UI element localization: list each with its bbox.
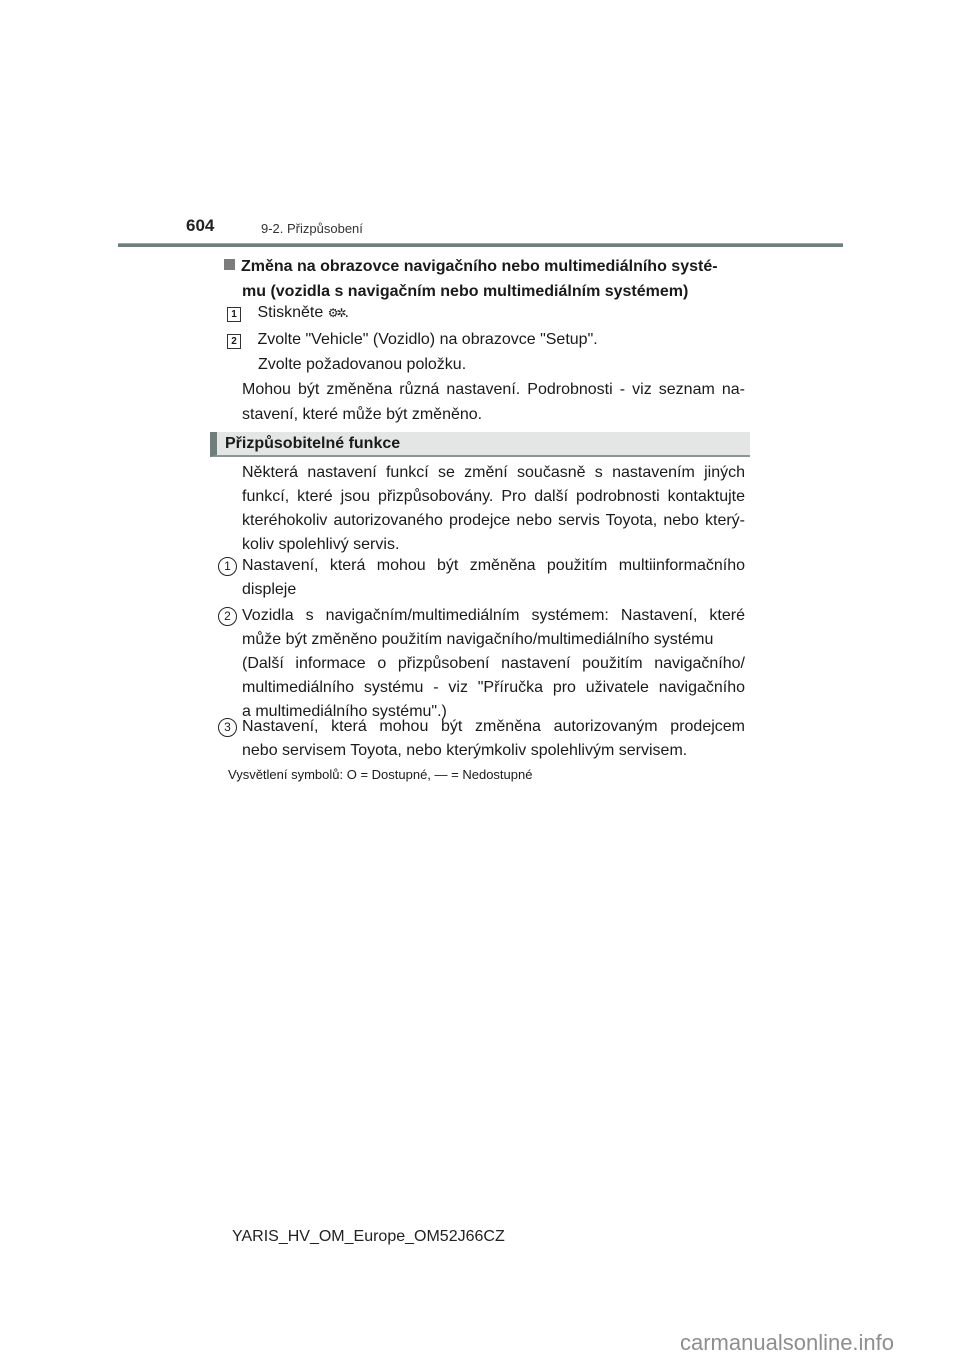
section-reference: 9-2. Přizpůsobení: [261, 221, 363, 236]
circled-number-1: 1: [218, 557, 237, 576]
gear-icon: ⚙✲: [328, 302, 345, 324]
intro-line2: funkcí, které jsou přizpůsobovány. Pro d…: [242, 486, 745, 508]
note-2: 2 Vozidla s navigačním/multimediálním sy…: [218, 605, 745, 723]
note-2-line3: (Další informace o přizpůsobení nastaven…: [242, 653, 745, 675]
note-1-line1: Nastavení, která mohou být změněna použi…: [242, 555, 745, 577]
note-1: 1 Nastavení, která mohou být změněna pou…: [218, 555, 745, 601]
step-2-line1: Zvolte "Vehicle" (Vozidlo) na obrazovce …: [257, 331, 597, 348]
subsection-title-line1: Změna na obrazovce navigačního nebo mult…: [241, 258, 718, 275]
step-1: 1 Stiskněte ⚙✲.: [227, 302, 349, 324]
note-2-line2: může být změněno použitím navigačního/mu…: [242, 629, 745, 651]
square-bullet-icon: [224, 259, 235, 270]
paragraph-line2: stavení, které může být změněno.: [242, 404, 745, 426]
page-number: 604: [186, 216, 214, 236]
note-3-line1: Nastavení, která mohou být změněna autor…: [242, 716, 745, 738]
note-1-line2: displeje: [242, 579, 745, 601]
subsection-paragraph: Mohou být změněna různá nastavení. Podro…: [242, 379, 745, 426]
step-2: 2 Zvolte "Vehicle" (Vozidlo) na obrazovc…: [227, 329, 598, 376]
paragraph-line1: Mohou být změněna různá nastavení. Podro…: [242, 379, 745, 401]
note-3: 3 Nastavení, která mohou být změněna aut…: [218, 716, 745, 762]
step-number-badge: 2: [227, 334, 241, 349]
note-2-line1: Vozidla s navigačním/multimediálním syst…: [242, 605, 745, 627]
note-3-line2: nebo servisem Toyota, nebo kterýmkoliv s…: [242, 740, 745, 762]
step-number-badge: 1: [227, 307, 241, 322]
step-1-text: Stiskněte: [257, 304, 323, 321]
watermark-link[interactable]: carmanualsonline.info: [680, 1330, 894, 1356]
step-1-period: .: [345, 304, 349, 321]
subsection-title: Změna na obrazovce navigačního nebo mult…: [224, 256, 749, 303]
section-header-title: Přizpůsobitelné funkce: [225, 435, 400, 453]
circled-number-2: 2: [218, 607, 237, 626]
intro-line4: koliv spolehlivý servis.: [242, 534, 745, 556]
document-code: YARIS_HV_OM_Europe_OM52J66CZ: [232, 1228, 505, 1246]
intro-paragraph: Některá nastavení funkcí se změní součas…: [242, 462, 745, 556]
symbol-legend: Vysvětlení symbolů: O = Dostupné, — = Ne…: [228, 767, 532, 782]
note-2-line4: multimediálního systému - viz "Příručka …: [242, 677, 745, 699]
intro-line3: kteréhokoliv autorizovaného prodejce neb…: [242, 510, 745, 532]
header-rule: [118, 243, 843, 247]
step-2-line2: Zvolte požadovanou položku.: [227, 354, 598, 376]
subsection-title-line2: mu (vozidla s navigačním nebo multimediá…: [224, 281, 749, 303]
section-header: Přizpůsobitelné funkce: [210, 432, 750, 457]
circled-number-3: 3: [218, 718, 237, 737]
intro-line1: Některá nastavení funkcí se změní součas…: [242, 462, 745, 484]
